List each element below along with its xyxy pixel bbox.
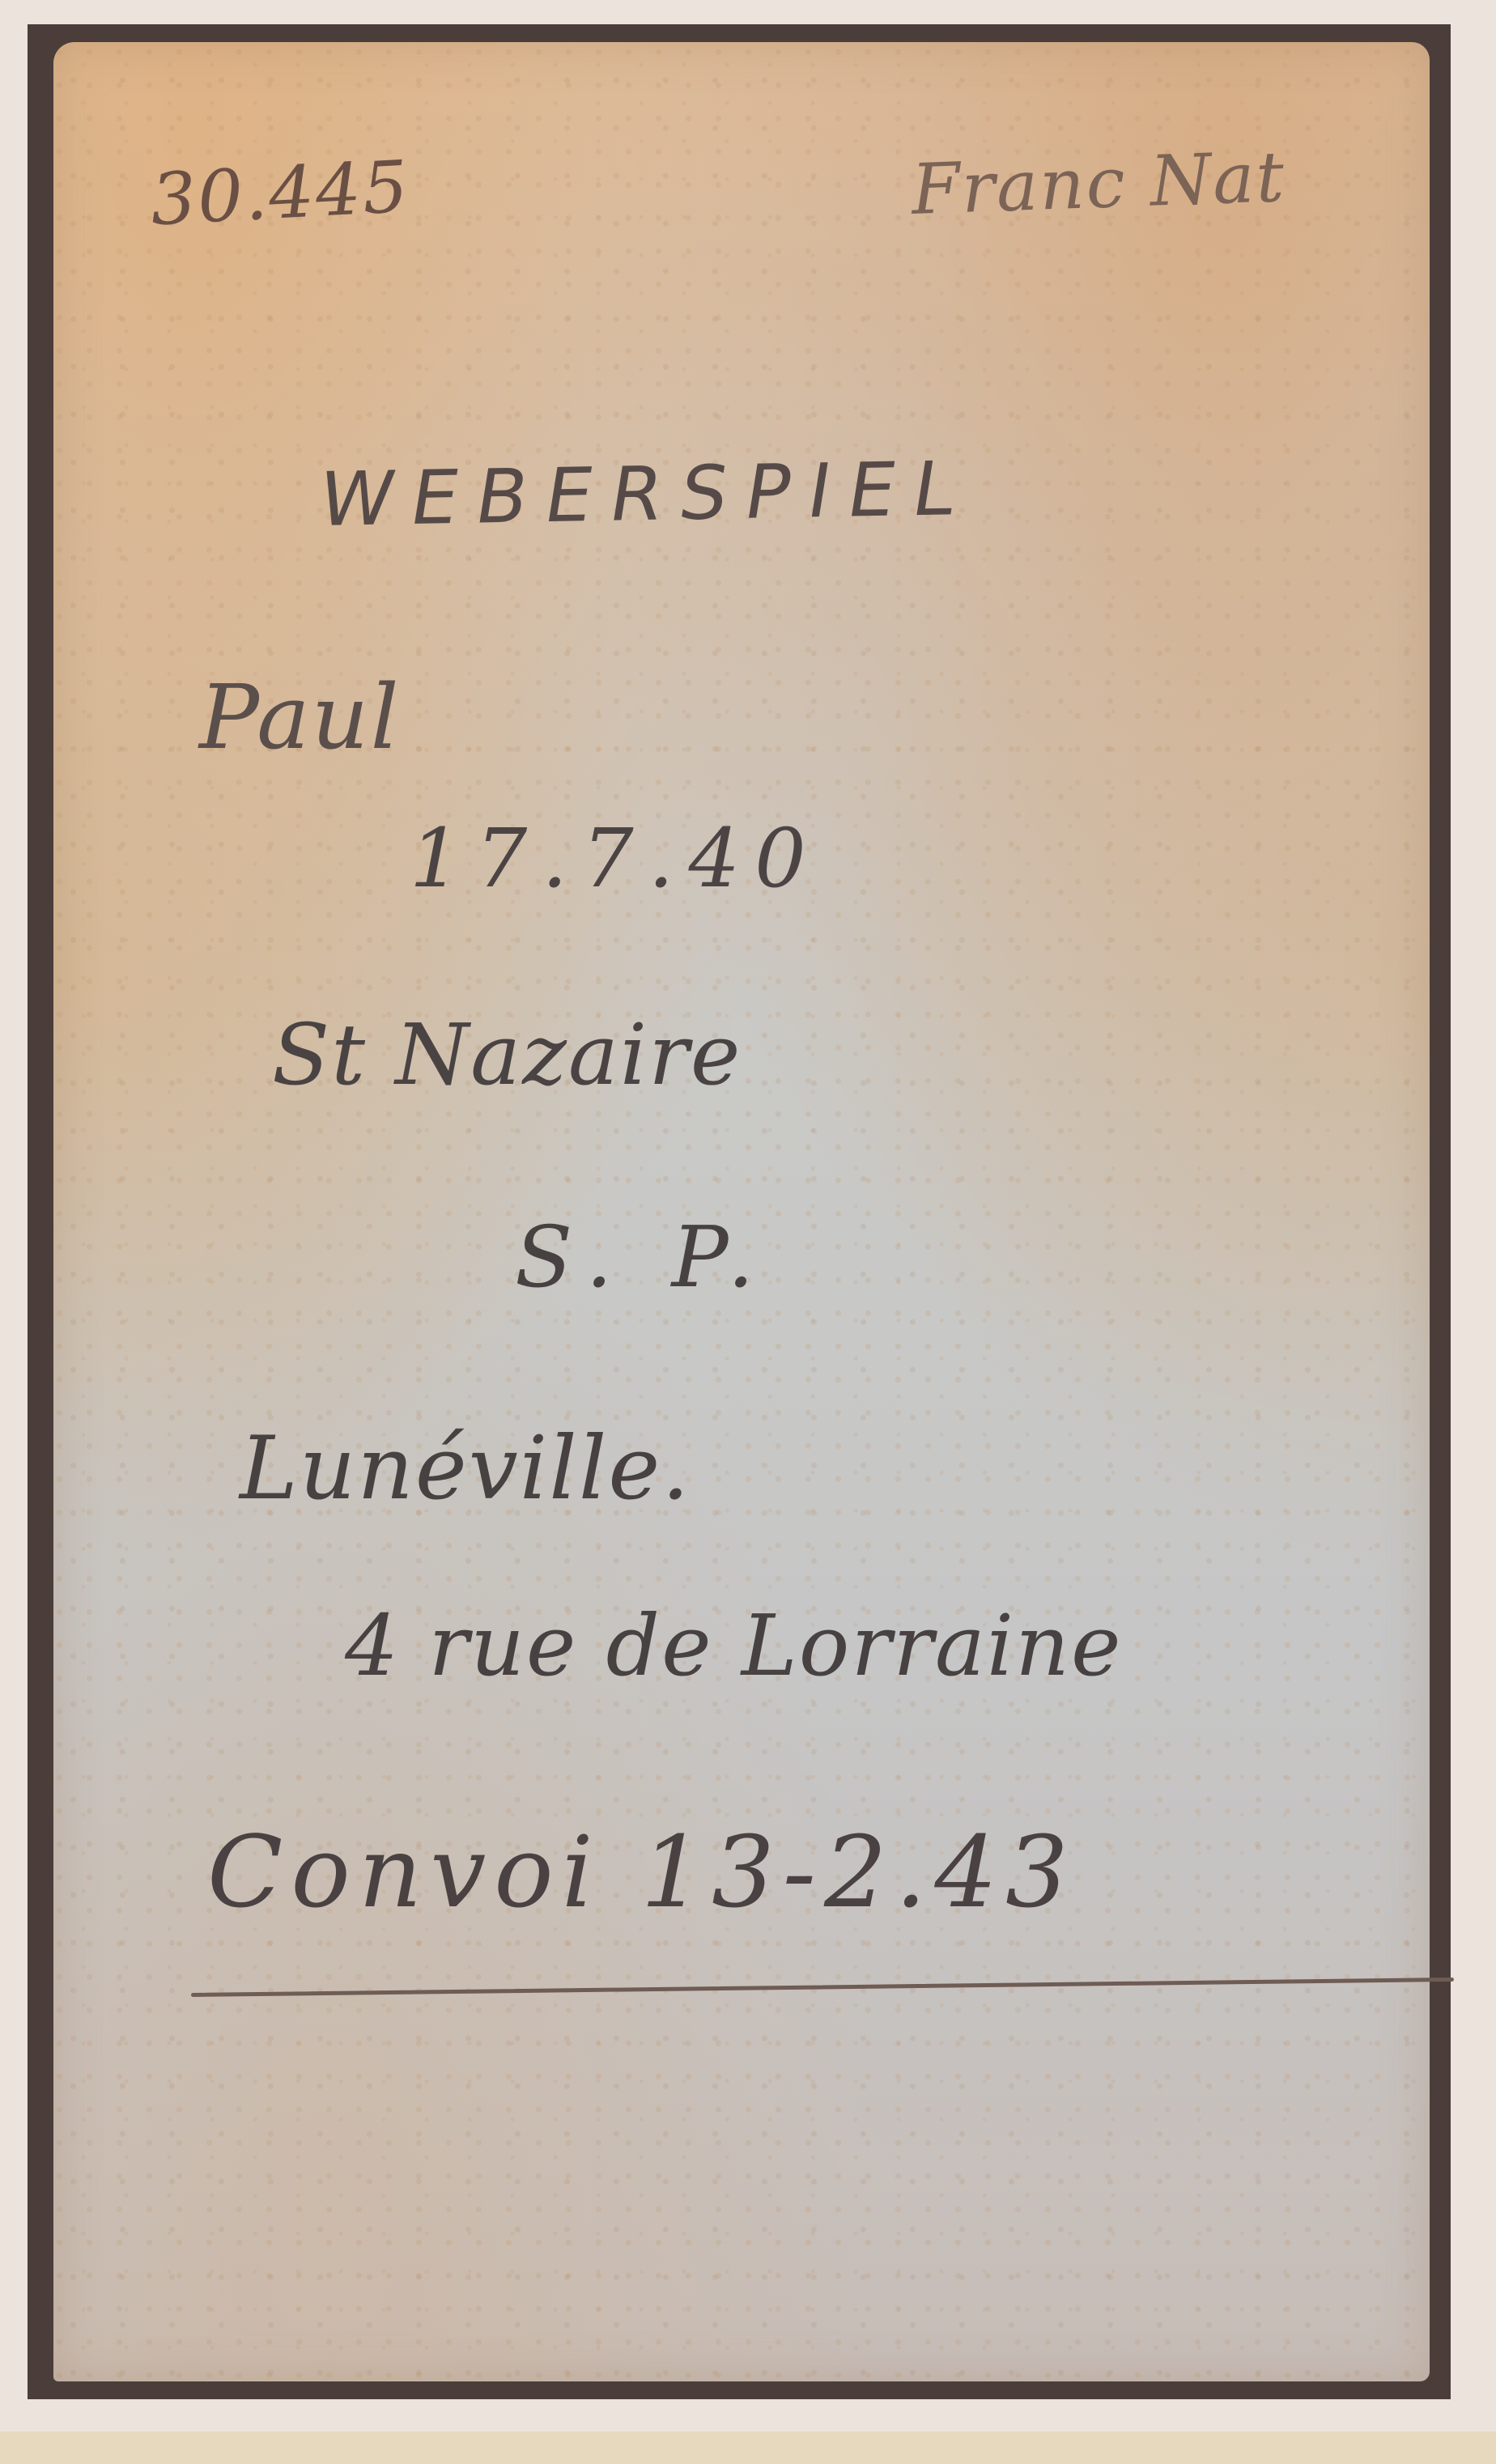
- reference-number: 30.445: [149, 145, 412, 242]
- birth-date: 17.7.40: [410, 811, 821, 906]
- origin-label: Franc Nat: [910, 137, 1286, 231]
- city: Lunéville.: [240, 1418, 691, 1519]
- surname: WEBERSPIEL: [312, 445, 980, 543]
- profession-initials: S. P.: [515, 1208, 771, 1306]
- street-address: 4 rue de Lorraine: [345, 1596, 1123, 1695]
- underline-divider: [191, 1978, 1454, 1997]
- birth-place: St Nazaire: [272, 1005, 742, 1104]
- first-name: Paul: [199, 665, 401, 769]
- background-strip: [0, 2432, 1496, 2464]
- record-card: 30.445 Franc Nat WEBERSPIEL Paul 17.7.40…: [53, 42, 1430, 2381]
- convoy-date: Convoi 13-2.43: [207, 1815, 1077, 1930]
